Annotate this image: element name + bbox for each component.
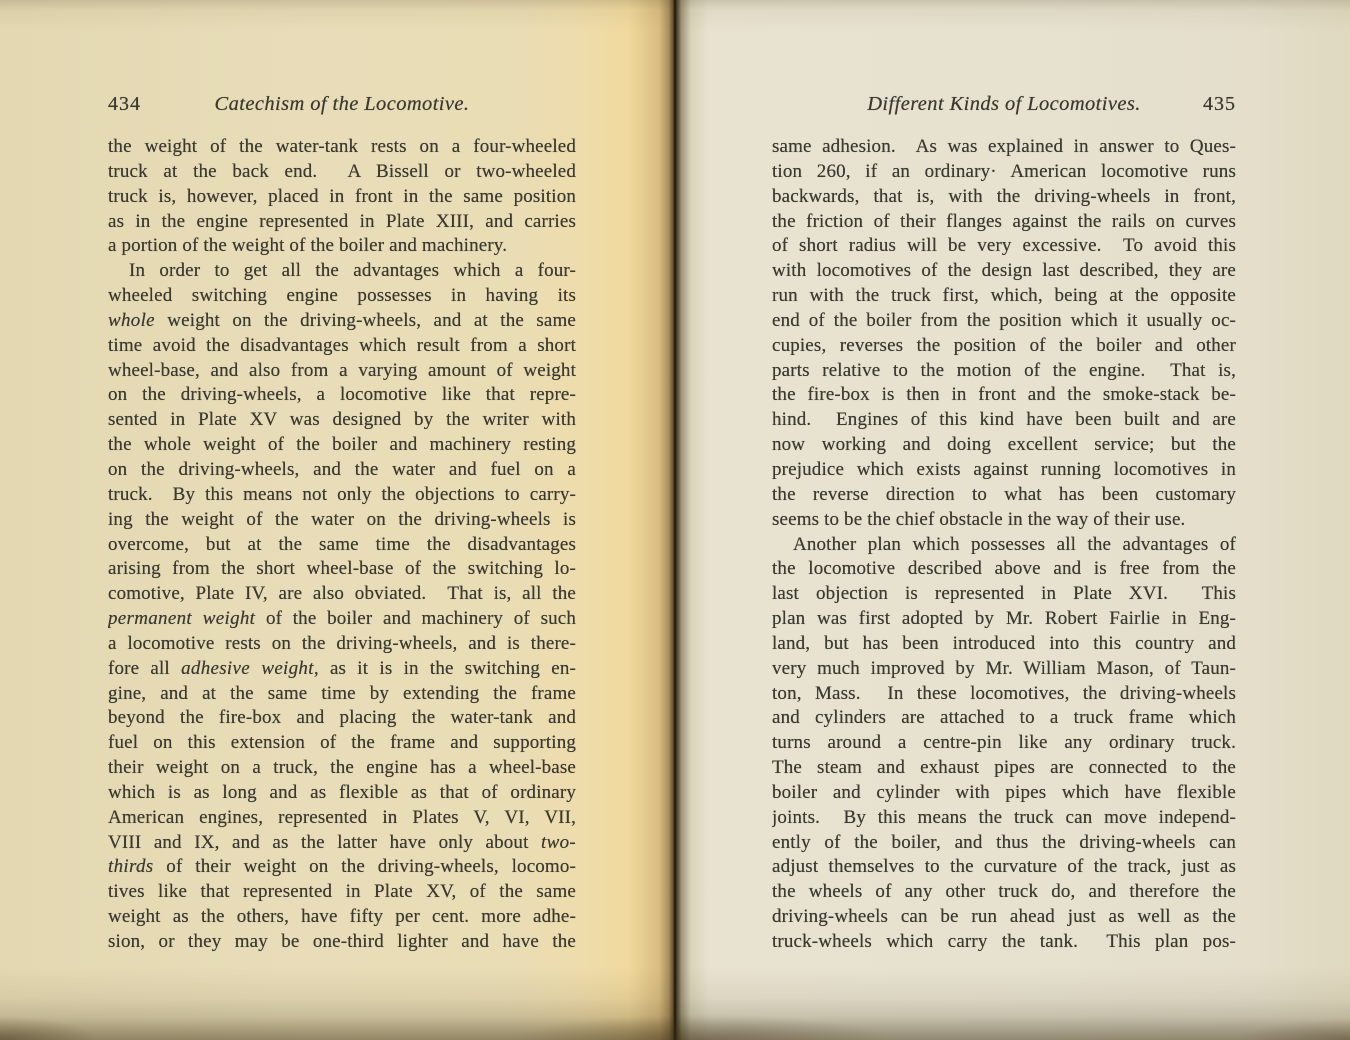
text-line: fuel on this extension of the frame and … bbox=[108, 731, 576, 756]
text-line: run with the truck first, which, being a… bbox=[772, 284, 1236, 309]
text-line: truck is, however, placed in front in th… bbox=[108, 185, 576, 210]
page-left-header: 434 Catechism of the Locomotive. bbox=[108, 90, 576, 118]
text-line: backwards, that is, with the driving-whe… bbox=[772, 185, 1236, 210]
text-line: overcome, but at the same time the disad… bbox=[108, 533, 576, 558]
text-line: seems to be the chief obstacle in the wa… bbox=[772, 508, 1236, 533]
page-number-left: 434 bbox=[108, 90, 141, 118]
text-line: fore all adhesive weight, as it is in th… bbox=[108, 657, 576, 682]
text-line: the fire-box is then in front and the sm… bbox=[772, 383, 1236, 408]
text-line: tives like that represented in Plate XV,… bbox=[108, 880, 576, 905]
text-line: the weight of the water-tank rests on a … bbox=[108, 135, 576, 160]
text-line: sented in Plate XV was designed by the w… bbox=[108, 408, 576, 433]
text-line: In order to get all the advantages which… bbox=[108, 259, 576, 284]
text-line: hind. Engines of this kind have been bui… bbox=[772, 408, 1236, 433]
text-line: weight as the others, have fifty per cen… bbox=[108, 905, 576, 930]
text-line: wheel-base, and also from a varying amou… bbox=[108, 359, 576, 384]
text-line: The steam and exhaust pipes are connecte… bbox=[772, 756, 1236, 781]
text-line: the reverse direction to what has been c… bbox=[772, 483, 1236, 508]
text-line: a portion of the weight of the boiler an… bbox=[108, 234, 576, 259]
text-line: wheeled switching engine possesses in ha… bbox=[108, 284, 576, 309]
text-line: American engines, represented in Plates … bbox=[108, 806, 576, 831]
text-line: thirds of their weight on the driving-wh… bbox=[108, 855, 576, 880]
text-line: truck at the back end. A Bissell or two-… bbox=[108, 160, 576, 185]
text-line: Another plan which possesses all the adv… bbox=[772, 533, 1236, 558]
text-line: ton, Mass. In these locomotives, the dri… bbox=[772, 682, 1236, 707]
text-line: land, but has been introduced into this … bbox=[772, 632, 1236, 657]
text-line: gine, and at the same time by extending … bbox=[108, 682, 576, 707]
text-line: with locomotives of the design last desc… bbox=[772, 259, 1236, 284]
text-line: end of the boiler from the position whic… bbox=[772, 309, 1236, 334]
text-line: the whole weight of the boiler and machi… bbox=[108, 433, 576, 458]
page-right-body: same adhesion. As was explained in answe… bbox=[772, 135, 1236, 955]
text-line: the locomotive described above and is fr… bbox=[772, 557, 1236, 582]
text-line: beyond the fire-box and placing the wate… bbox=[108, 706, 576, 731]
text-line: ing the weight of the water on the drivi… bbox=[108, 508, 576, 533]
text-line: as in the engine represented in Plate XI… bbox=[108, 210, 576, 235]
text-line: comotive, Plate IV, are also obviated. T… bbox=[108, 582, 576, 607]
text-line: tion 260, if an ordinary· American locom… bbox=[772, 160, 1236, 185]
text-line: the friction of their flanges against th… bbox=[772, 210, 1236, 235]
text-line: last objection is represented in Plate X… bbox=[772, 582, 1236, 607]
running-head-left: Catechism of the Locomotive. bbox=[108, 90, 576, 118]
text-line: permanent weight of the boiler and machi… bbox=[108, 607, 576, 632]
text-line: and cylinders are attached to a truck fr… bbox=[772, 706, 1236, 731]
text-line: adjust themselves to the curvature of th… bbox=[772, 855, 1236, 880]
text-line: cupies, reverses the position of the boi… bbox=[772, 334, 1236, 359]
text-line: a locomotive rests on the driving-wheels… bbox=[108, 632, 576, 657]
page-right-content: Different Kinds of Locomotives. 435 same… bbox=[772, 90, 1236, 955]
text-line: their weight on a truck, the engine has … bbox=[108, 756, 576, 781]
text-line: whole weight on the driving-wheels, and … bbox=[108, 309, 576, 334]
text-line: truck-wheels which carry the tank. This … bbox=[772, 930, 1236, 955]
book-scan: 434 Catechism of the Locomotive. the wei… bbox=[0, 0, 1350, 1040]
text-line: on the driving-wheels, a locomotive like… bbox=[108, 383, 576, 408]
page-number-right: 435 bbox=[1203, 90, 1236, 118]
text-line: prejudice which exists against running l… bbox=[772, 458, 1236, 483]
text-line: plan was first adopted by Mr. Robert Fai… bbox=[772, 607, 1236, 632]
text-line: the wheels of any other truck do, and th… bbox=[772, 880, 1236, 905]
text-line: now working and doing excellent service;… bbox=[772, 433, 1236, 458]
text-line: of short radius will be very excessive. … bbox=[772, 234, 1236, 259]
text-line: VIII and IX, and as the latter have only… bbox=[108, 831, 576, 856]
text-line: on the driving-wheels, and the water and… bbox=[108, 458, 576, 483]
page-right-header: Different Kinds of Locomotives. 435 bbox=[772, 90, 1236, 118]
page-left-content: 434 Catechism of the Locomotive. the wei… bbox=[108, 90, 576, 955]
text-line: parts relative to the motion of the engi… bbox=[772, 359, 1236, 384]
running-head-right: Different Kinds of Locomotives. bbox=[772, 90, 1236, 118]
text-line: ently of the boiler, and thus the drivin… bbox=[772, 831, 1236, 856]
text-line: arising from the short wheel-base of the… bbox=[108, 557, 576, 582]
text-line: joints. By this means the truck can move… bbox=[772, 806, 1236, 831]
book-gutter bbox=[669, 0, 680, 1040]
text-line: which is as long and as flexible as that… bbox=[108, 781, 576, 806]
page-left-body: the weight of the water-tank rests on a … bbox=[108, 135, 576, 955]
text-line: very much improved by Mr. William Mason,… bbox=[772, 657, 1236, 682]
text-line: boiler and cylinder with pipes which hav… bbox=[772, 781, 1236, 806]
text-line: truck. By this means not only the object… bbox=[108, 483, 576, 508]
text-line: turns around a centre-pin like any ordin… bbox=[772, 731, 1236, 756]
text-line: same adhesion. As was explained in answe… bbox=[772, 135, 1236, 160]
text-line: driving-wheels can be run ahead just as … bbox=[772, 905, 1236, 930]
text-line: time avoid the disadvantages which resul… bbox=[108, 334, 576, 359]
text-line: sion, or they may be one-third lighter a… bbox=[108, 930, 576, 955]
